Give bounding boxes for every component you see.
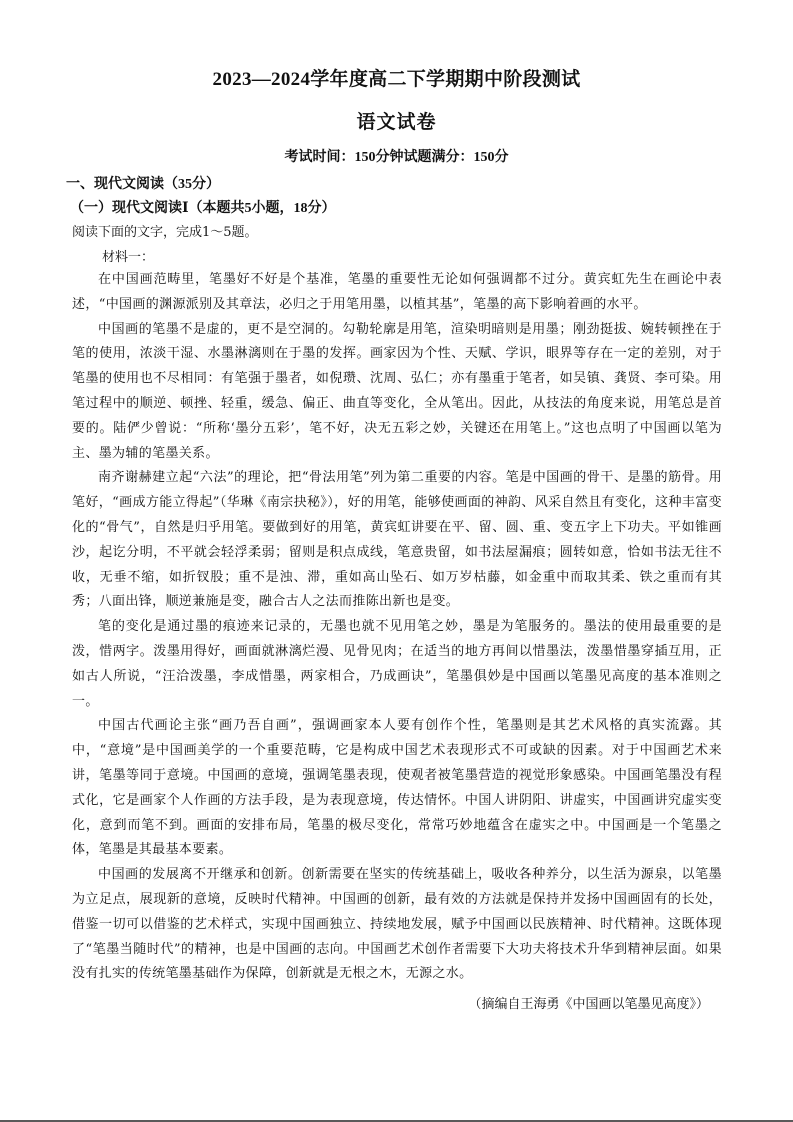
passage-source: （摘编自王海勇《中国画以笔墨见高度》） [468,993,709,1012]
exam-title: 2023—2024学年度高二下学期期中阶段测试 [0,64,793,91]
passage-paragraph: 在中国画范畴里，笔墨好不好是个基准，笔墨的重要性无论如何强调都不过分。黄宾虹先生… [72,268,722,318]
material-label: 材料一： [102,246,154,265]
exam-subject: 语文试卷 [0,107,793,134]
passage-paragraph: 中国画的笔墨不是虚的，更不是空洞的。勾勒轮廓是用笔，渲染明暗则是用墨；刚劲挺拔、… [72,318,722,467]
reading-instruction: 阅读下面的文字，完成1～5题。 [72,221,258,240]
passage-paragraph: 中国古代画论主张“画乃吾自画”，强调画家本人要有创作个性，笔墨则是其艺术风格的真… [72,714,722,863]
exam-page: 2023—2024学年度高二下学期期中阶段测试 语文试卷 考试时间：150分钟试… [0,0,793,1122]
subsection-heading: （一）现代文阅读Ⅰ（本题共5小题，18分） [70,197,336,217]
passage-paragraph: 南齐谢赫建立起“六法”的理论，把“骨法用笔”列为第二重要的内容。笔是中国画的骨干… [72,466,722,615]
section-heading: 一、现代文阅读（35分） [66,173,220,193]
passage-paragraph: 笔的变化是通过墨的痕迹来记录的，无墨也就不见用笔之妙，墨是为笔服务的。墨法的使用… [72,615,722,714]
passage-body: 在中国画范畴里，笔墨好不好是个基准，笔墨的重要性无论如何强调都不过分。黄宾虹先生… [72,268,722,987]
exam-info: 考试时间：150分钟试题满分：150分 [0,146,793,166]
passage-paragraph: 中国画的发展离不开继承和创新。创新需要在坚实的传统基础上，吸收各种养分，以生活为… [72,863,722,987]
